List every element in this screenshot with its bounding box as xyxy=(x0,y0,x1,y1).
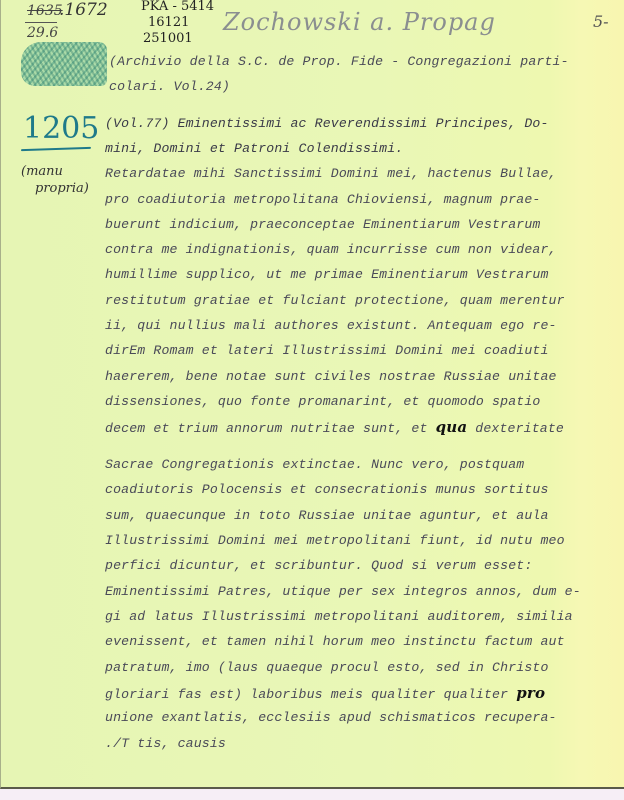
margin-note-line-1: (manu xyxy=(21,165,63,178)
body-line: ii, qui nullius mali authores existunt. … xyxy=(105,319,557,332)
body-line-text: decem et trium annorum nutritae sunt, et xyxy=(105,421,428,436)
body-line: patratum, imo (laus quaeque procul esto,… xyxy=(105,661,549,674)
body-line: buerunt indicium, praeconceptae Eminenti… xyxy=(105,218,540,231)
archive-code-1: PKA - 5414 xyxy=(141,0,214,13)
body-line: perfici dicuntur, et scribuntur. Quod si… xyxy=(105,559,532,572)
body-line: Retardatae mihi Sanctissimi Domini mei, … xyxy=(105,167,557,180)
body-line: decem et trium annorum nutritae sunt, et… xyxy=(105,420,564,435)
handwritten-insert-pro: pro xyxy=(516,684,545,702)
body-line: haererem, bene notae sunt civiles nostra… xyxy=(105,370,557,383)
crayon-scribble-mark xyxy=(21,42,107,86)
archive-code-3: 251001 xyxy=(143,32,193,45)
body-line: Eminentissimi Patres, utique per sex int… xyxy=(105,585,581,598)
citation-line-2: colari. Vol.24) xyxy=(109,80,230,93)
ref-struck-number: 1635 xyxy=(27,4,63,18)
margin-number: 1205 xyxy=(23,114,99,144)
page-number: 5- xyxy=(593,14,609,30)
body-line: (Vol.77) Eminentissimi ac Reverendissimi… xyxy=(105,117,549,130)
body-line: Illustrissimi Domini mei metropolitani f… xyxy=(105,534,565,547)
document-page: 1635 .1672 29.6 PKA - 5414 16121 251001 … xyxy=(0,0,624,789)
body-line-tail: dexteritate xyxy=(467,421,564,436)
ref-date: 29.6 xyxy=(27,26,58,40)
margin-note-line-2: propria) xyxy=(35,182,89,195)
body-line-text: gloriari fas est) laboribus meis qualite… xyxy=(105,687,508,702)
scan-background-strip xyxy=(0,789,624,800)
body-line: contra me indignationis, quam incurrisse… xyxy=(105,243,557,256)
archive-code-2: 16121 xyxy=(148,16,189,29)
citation-line-1: (Archivio della S.C. de Prop. Fide - Con… xyxy=(109,55,569,68)
body-line: gi ad latus Illustrissimi metropolitani … xyxy=(105,610,573,623)
margin-number-underline xyxy=(21,147,91,151)
body-line: evenissent, et tamen nihil horum meo ins… xyxy=(105,635,565,648)
ref-number: .1672 xyxy=(59,2,108,19)
body-line: unione exantlatis, ecclesiis apud schism… xyxy=(105,711,557,724)
fraction-line xyxy=(25,22,57,23)
body-line: dissensiones, quo fonte promanarint, et … xyxy=(105,395,540,408)
body-line: pro coadiutoria metropolitana Chioviensi… xyxy=(105,193,540,206)
body-line: sum, quaecunque in toto Russiae unitae a… xyxy=(105,509,549,522)
body-line: coadiutoris Polocensis et consecrationis… xyxy=(105,483,549,496)
handwritten-insert-qua: qua xyxy=(436,418,468,436)
body-line: ./T tis, causis xyxy=(105,737,226,750)
body-line: dirEm Romam et lateri Illustrissimi Domi… xyxy=(105,344,549,357)
body-line: restitutum gratiae et fulciant protectio… xyxy=(105,294,565,307)
body-line: gloriari fas est) laboribus meis qualite… xyxy=(105,686,545,701)
body-line: mini, Domini et Patroni Colendissimi. xyxy=(105,142,403,155)
handwritten-title: Zochowski a. Propag xyxy=(223,10,496,34)
body-line: Sacrae Congregationis extinctae. Nunc ve… xyxy=(105,458,524,471)
body-line: humillime supplico, ut me primae Eminent… xyxy=(105,268,549,281)
